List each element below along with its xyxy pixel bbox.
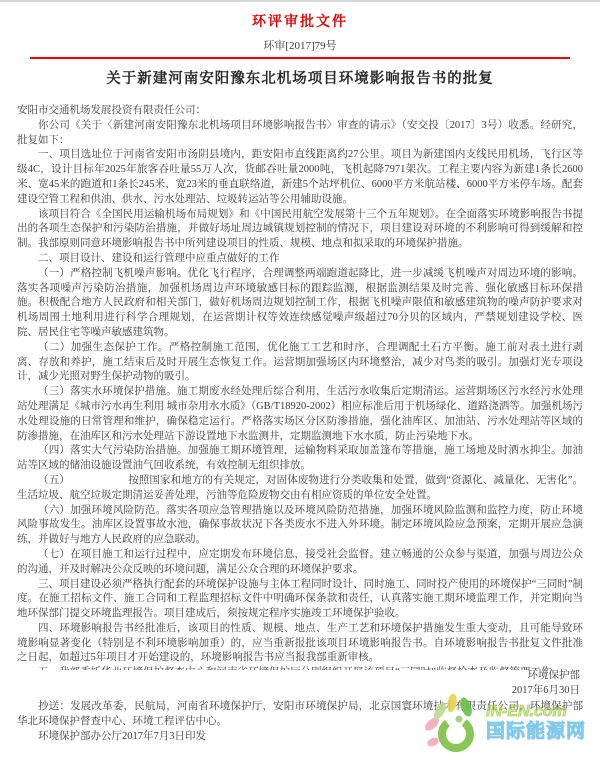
body-paragraphs: 你公司《关于〈新建河南安阳豫东北机场项目环境影响报告书〉审查的请示》（安交投〔2…	[17, 119, 583, 670]
body-paragraph: 三、项目建设必须严格执行配套的环境保护设施与主体工程同时设计、同时施工、同时投产…	[17, 578, 583, 622]
document-title: 关于新建河南安阳豫东北机场项目环境影响报告书的批复	[0, 71, 600, 88]
footer-block: 抄送：发展改革委，民航局，河南省环境保护厅，安阳市环境保护局，北京国寰环境技术有…	[17, 700, 583, 744]
signing-agency: 环境保护部	[512, 669, 580, 684]
body-paragraph: 该项目符合《全国民用运输机场布局规划》和《中国民用航空发展第十三个五年规划》。在…	[17, 208, 583, 252]
salutation-line: 安阳市交通机场发展投资有限责任公司：	[17, 104, 583, 119]
body-paragraph: 二、项目设计、建设和运行管理中应重点做好的工作	[17, 252, 583, 267]
signature-block: 环境保护部 2017年6月30日	[512, 669, 580, 699]
body-paragraph: 一、项目选址位于河南省安阳市汤阴县境内，距安阳市直线距离约27公里。项目为新建国…	[17, 148, 583, 207]
body-paragraph: 四、环境影响报告书经批准后，该项目的性质、规模、地点、生产工艺和环境保护措施发生…	[17, 622, 583, 666]
red-divider-rule	[30, 57, 570, 59]
body-paragraph: （七）在项目施工和运行过程中，应定期发布环境信息，接受社会监督。建立畅通的公众参…	[17, 548, 583, 578]
issue-note: 环境保护部办公厅2017年7月3日印发	[17, 730, 583, 745]
approval-document-page: 环评审批文件 环审[2017]79号 关于新建河南安阳豫东北机场项目环境影响报告…	[0, 0, 600, 760]
cc-line: 抄送：发展改革委，民航局，河南省环境保护厅，安阳市环境保护局，北京国寰环境技术有…	[17, 700, 583, 730]
body-paragraph: （六）加强环境风险防范。落实各项应急管理措施以及环境风险防范措施，加强环境风险监…	[17, 504, 583, 548]
document-body: 安阳市交通机场发展投资有限责任公司： 你公司《关于〈新建河南安阳豫东北机场项目环…	[17, 104, 583, 670]
body-paragraph: （一）严格控制飞机噪声影响。优化飞行程序，合理调整两端跑道起降比，进一步减缓飞机…	[17, 267, 583, 341]
signing-date: 2017年6月30日	[512, 684, 580, 699]
body-paragraph: （四）落实大气污染防治措施。加强施工期环境管理，运输物料采取加盖篷布等措施，施工…	[17, 444, 583, 474]
body-paragraph: （二）加强生态保护工作。严格控制施工范围，优化施工工艺和时序，合理调配土石方平衡…	[17, 341, 583, 385]
document-number: 环审[2017]79号	[0, 40, 600, 53]
document-category-label: 环评审批文件	[0, 14, 600, 32]
body-paragraph: （五） 按照国家和地方的有关规定，对固体废物进行分类收集和处置，做到“资源化、减…	[17, 474, 583, 504]
body-paragraph: 你公司《关于〈新建河南安阳豫东北机场项目环境影响报告书〉审查的请示》（安交投〔2…	[17, 119, 583, 149]
body-paragraph: 五、我部委托华北环境保护督查中心和河南省环境保护厅分别组织开展该项目“三同时”监…	[17, 666, 583, 670]
body-paragraph: （三）落实水环境保护措施。施工期废水经处理后综合利用，生活污水收集后定期清运。运…	[17, 385, 583, 444]
